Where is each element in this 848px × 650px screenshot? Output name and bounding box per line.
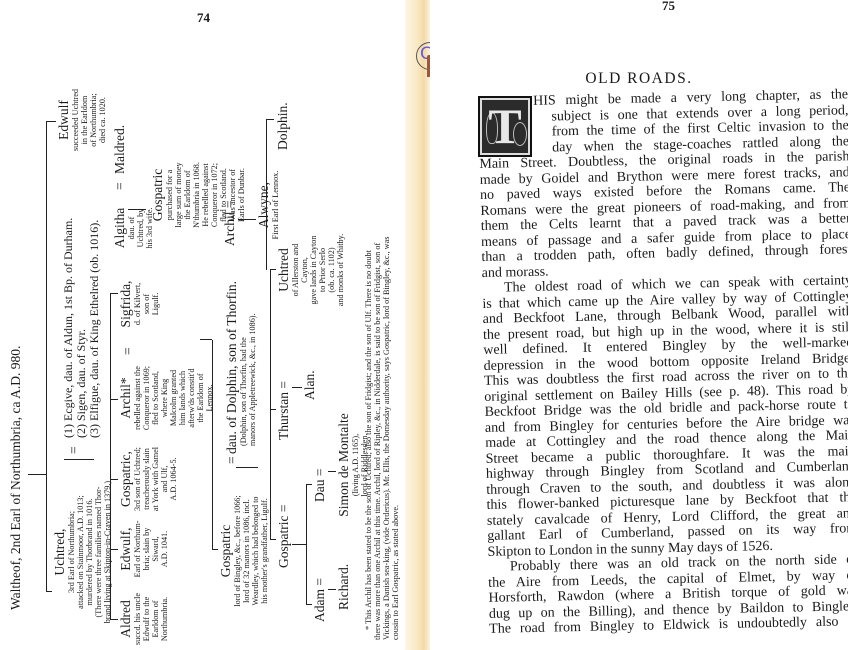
person-uchtred: Uchtred, 3rd Earl of Northumbria; attack… [52,462,112,642]
person-edwulf-earl: Edwulf succeeded Uchtred in the Earldom … [56,60,107,180]
person-edwulf-2: Edwulf, Earl of Northum- bria; slain by … [118,512,169,586]
drop-cap-letter: T [480,100,530,152]
tree-line [328,471,336,472]
body-text: HIS might be made a very long chapter, a… [478,87,848,637]
genealogy-tree: Waltheof, 2nd Earl of Northumbria, ca A.… [0,0,412,650]
person-maldred: Maldred. [112,125,127,174]
person-dolphin: Dolphin. [275,102,290,150]
person-algitha: Algitha dau. of Uchtred, by his 3rd wife… [112,190,154,266]
person-richard: Richard. [336,564,351,610]
tree-line [266,120,267,270]
person-gospatric-3rd-son: Gospatric, 3rd son of Uchtred; treachero… [118,440,178,518]
person-uchtred-allerston: Uchtred of Allerston and Cayton, gave la… [276,210,345,330]
footnote: * This Archil has been stated to be the … [364,50,400,640]
tree-line [292,387,302,388]
drop-cap-ornament: T [478,96,532,157]
person-thurstan: Thurstan = [276,381,291,440]
tree-line [110,549,118,550]
person-sigfrida: Sigfrida, d. of Kilvert, son of Ligulf. [118,268,160,340]
tree-line [110,619,118,620]
person-aldred: Aldred succd. his uncle Edwulf to the Ea… [118,583,169,650]
tree-line [200,339,212,340]
person-archil: Archil* rebelled against the Conqueror i… [118,356,214,440]
person-gospatric-3: Gospatric = [276,505,291,568]
person-alan: Alan. [302,370,317,400]
tree-line [328,589,336,590]
tree-line [292,544,306,545]
marriage-sign: = [224,456,239,464]
marriage-sign: = [66,446,81,454]
left-page: 74 Waltheof, 2nd Earl of Northumbria, ca… [0,0,412,650]
page-number-right: 75 [662,0,675,14]
tree-line [46,122,47,592]
person-adam: Adam = [312,578,327,622]
tree-line [236,467,258,468]
person-archil-2: Archil = [222,201,237,246]
tree-line [28,474,46,475]
marriage-sign: = [120,347,135,355]
tree-line [110,293,118,294]
tree-title: Waltheof, 2nd Earl of Northumbria, ca A.… [8,346,23,610]
wives-list: (1) Ecgive, dau. of Aldun, 1st Bp. of Du… [62,178,101,438]
person-gospatric-bingley: Gospatric lord of Bingley, &c., before 1… [218,466,269,636]
tree-line [270,270,271,540]
tree-line [110,479,118,480]
person-dau: Dau = [312,469,327,502]
book-gutter [405,0,430,650]
tree-line [212,340,213,550]
chapter-title: OLD ROADS. [430,70,848,88]
tree-line [64,459,94,460]
tree-line [110,294,111,620]
right-page: 75 OLD ROADS. HIS might be made a very l… [430,0,848,650]
tree-line [266,119,274,120]
person-dau-of-dolphin: dau. of Dolphin, son of Thorfin. (Dolphi… [224,254,257,454]
tree-line [238,219,256,220]
tree-line [128,209,146,210]
tree-line [306,485,307,605]
tree-line [46,121,56,122]
tree-line [110,399,118,400]
marriage-sign: = [112,182,127,190]
